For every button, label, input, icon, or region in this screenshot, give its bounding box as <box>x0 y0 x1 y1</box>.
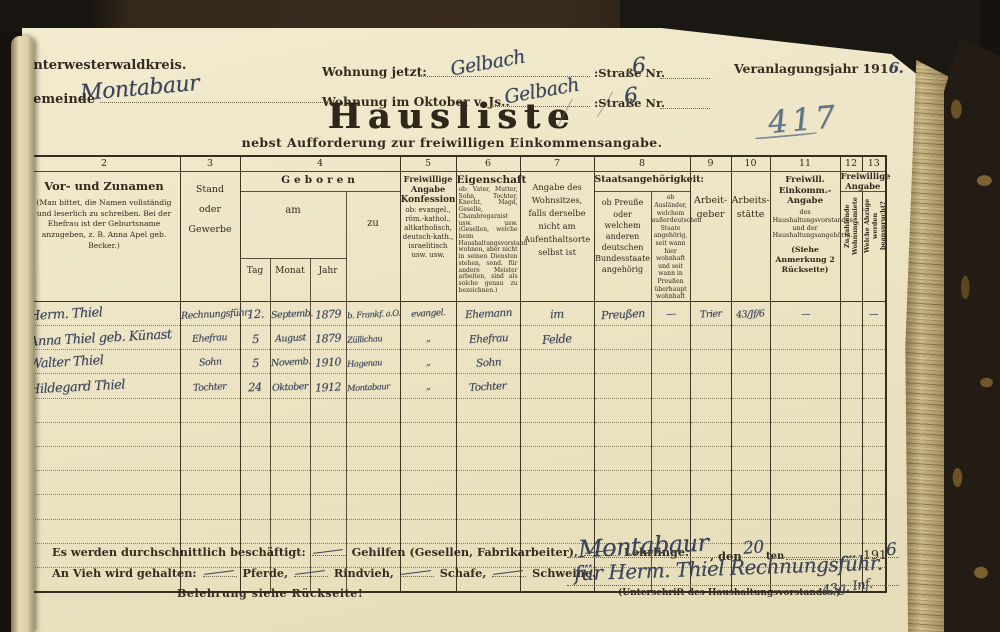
col-number: 11 <box>770 156 840 172</box>
table-cell: — <box>862 301 886 325</box>
table-cell <box>346 495 400 519</box>
table-cell <box>28 519 180 543</box>
header-eigenschaft: Eigenschaft ob: Vater, Mutter, Sohn, Toc… <box>456 172 520 302</box>
handwritten-entry: b. Frankf. a.O. <box>346 308 400 321</box>
header-abzuege-text: Welche Abzüge werden beansprucht? <box>863 194 887 258</box>
table-cell <box>862 374 886 398</box>
kreis-label: Unterwesterwaldkreis. <box>22 58 186 73</box>
table-cell: August <box>270 326 310 350</box>
table-cell: Trier <box>690 301 731 325</box>
strasse-nr-label-1: :Straße Nr. <box>594 66 665 80</box>
table-row: Hildegard ThielTochter24Oktober1912Monta… <box>17 374 886 398</box>
table-cell <box>270 519 310 543</box>
table-cell: Felde <box>520 326 594 350</box>
hausliste-table: 1 2 3 4 5 6 7 8 9 10 11 12 13 Lfde. Num <box>16 155 887 593</box>
header-einkommen: Freiwill. Einkomm.-Angabe des Haushaltun… <box>770 172 840 302</box>
column-number-row: 1 2 3 4 5 6 7 8 9 10 11 12 13 <box>17 156 886 172</box>
handwritten-entry: „ <box>426 334 431 344</box>
header-konf-l2: Angabe <box>401 184 456 194</box>
header-eigenschaft-title: Eigenschaft <box>457 172 520 186</box>
table-cell <box>400 446 456 470</box>
table-cell <box>28 398 180 422</box>
header-wohnungsmiete-text: Zu zahlende Wohnungsmiete <box>843 194 859 258</box>
header-einkommen-note: des Haushaltungsvorstandes und der Haush… <box>771 207 840 240</box>
col-number: 8 <box>594 156 690 172</box>
handwritten-entry: 5 <box>251 356 259 370</box>
table-cell <box>594 398 651 422</box>
table-cell: Ehemann <box>456 301 520 325</box>
handwritten-dash <box>312 544 346 556</box>
table-cell: Oktober <box>270 374 310 398</box>
table-cell <box>346 422 400 446</box>
handwritten-entry: Trier <box>699 308 721 320</box>
table-cell: Anna Thiel geb. Künast <box>28 326 180 350</box>
table-cell <box>520 422 594 446</box>
table-cell <box>28 471 180 495</box>
table-cell <box>270 495 310 519</box>
table-row: Anna Thiel geb. KünastEhefrau5August1879… <box>17 326 886 350</box>
handwritten-entry: evangel. <box>411 309 446 321</box>
table-cell <box>862 422 886 446</box>
table-cell <box>840 398 862 422</box>
hausliste-page: Unterwesterwaldkreis. Gemeinde Montabaur… <box>22 28 942 632</box>
handwritten-entry: Felde <box>542 331 572 347</box>
table-cell: Montabaur <box>346 374 400 398</box>
handwritten-entry: Hagenau <box>346 357 381 369</box>
header-namen-note: (Man bittet, die Namen vollständig und l… <box>29 198 180 251</box>
header-einkommen-ref: (Siehe Anmerkung 2 Rückseite) <box>771 240 840 275</box>
table-cell <box>594 471 651 495</box>
handwritten-entry: „ <box>426 358 431 368</box>
col-number: 10 <box>731 156 770 172</box>
handwritten-entry: Ehefrau <box>468 332 508 346</box>
handwritten-entry: Walter Thiel <box>28 353 103 372</box>
table-cell: Ehefrau <box>180 326 240 350</box>
table-cell <box>651 350 690 374</box>
table-cell <box>594 495 651 519</box>
header-stand: Stand oder Gewerbe <box>180 172 240 302</box>
table-cell <box>310 519 346 543</box>
handwritten-entry: Ehefrau <box>192 332 228 345</box>
table-cell <box>240 495 270 519</box>
header-konf-l1: Freiwillige <box>401 172 456 184</box>
table-cell <box>456 519 520 543</box>
table-cell: im <box>520 301 594 325</box>
handwritten-entry: Züllichau <box>346 333 382 345</box>
table-cell <box>770 326 840 350</box>
handwritten-dash <box>203 565 237 577</box>
handwritten-entry: Tochter <box>469 380 507 394</box>
header-freiwillige-angabe: Freiwillige Angabe <box>840 172 886 192</box>
table-cell <box>240 519 270 543</box>
table-cell <box>180 471 240 495</box>
table-cell <box>180 495 240 519</box>
handwritten-entry: — <box>869 309 879 320</box>
previous-page-edge <box>11 36 34 632</box>
table-cell <box>310 471 346 495</box>
table-cell: Walter Thiel <box>28 350 180 374</box>
table-cell <box>456 495 520 519</box>
handwritten-dash <box>400 565 434 577</box>
table-cell: 5 <box>240 350 270 374</box>
handwritten-entry: Montabaur <box>346 381 389 393</box>
table-cell <box>770 446 840 470</box>
table-cell: „ <box>400 374 456 398</box>
table-cell <box>651 446 690 470</box>
handwritten-entry: Septemb. <box>270 308 312 321</box>
table-cell <box>690 422 731 446</box>
table-row <box>17 495 886 519</box>
table-cell <box>770 374 840 398</box>
header-arbeitsstaette-l1: Arbeits- <box>732 195 770 206</box>
table-cell <box>840 374 862 398</box>
table-cell <box>651 495 690 519</box>
handwritten-entry: 5 <box>251 331 259 345</box>
table-cell: Hagenau <box>346 350 400 374</box>
table-cell <box>731 350 770 374</box>
table-cell <box>770 519 840 543</box>
table-cell <box>840 471 862 495</box>
page-subtitle: nebst Aufforderung zur freiwilligen Eink… <box>172 135 732 150</box>
col-number: 3 <box>180 156 240 172</box>
table-cell <box>731 471 770 495</box>
table-cell <box>840 326 862 350</box>
table-cell <box>400 471 456 495</box>
table-cell <box>770 350 840 374</box>
strasse-nr-handwritten-1: 6 <box>631 53 647 79</box>
table-cell <box>690 398 731 422</box>
table-cell <box>520 495 594 519</box>
col-number: 12 <box>840 156 862 172</box>
table-cell: Sohn <box>456 350 520 374</box>
table-cell: 1912 <box>310 374 346 398</box>
table-cell: 43/Jf/6 <box>731 301 770 325</box>
table-cell <box>731 495 770 519</box>
header-staat-auslaender-text: ob Ausländer, welchem außerdeutschen Sta… <box>652 192 690 301</box>
table-cell <box>270 398 310 422</box>
handwritten-entry: im <box>550 307 564 322</box>
table-cell: Züllichau <box>346 326 400 350</box>
table-cell <box>310 446 346 470</box>
table-cell <box>456 471 520 495</box>
table-cell <box>731 398 770 422</box>
table-cell <box>862 471 886 495</box>
header-stand-l2: oder <box>199 204 221 215</box>
table-cell: Sohn <box>180 350 240 374</box>
table-cell <box>840 495 862 519</box>
header-monat: Monat <box>270 258 310 301</box>
table-cell <box>310 495 346 519</box>
table-cell: Tochter <box>456 374 520 398</box>
header-arbeitsstaette: Arbeits- stätte <box>731 172 770 302</box>
table-cell <box>28 446 180 470</box>
table-row <box>17 471 886 495</box>
table-cell <box>400 495 456 519</box>
header-stand-l1: Stand <box>196 184 224 195</box>
col-number: 5 <box>400 156 456 172</box>
table-cell: 1910 <box>310 350 346 374</box>
handwritten-entry: 12. <box>246 307 264 322</box>
header-konf-l3: Konfession <box>401 195 456 205</box>
table-cell <box>270 446 310 470</box>
header-wohnsitz: Angabe des Wohnsitzes, falls derselbe ni… <box>520 172 594 302</box>
table-cell <box>840 446 862 470</box>
table-cell <box>28 495 180 519</box>
table-cell <box>270 471 310 495</box>
wohnung-jetzt-label: Wohnung jetzt: <box>322 64 427 79</box>
schafe-label: Schafe, <box>440 566 487 580</box>
handwritten-entry: 43/Jf/6 <box>736 308 765 320</box>
table-cell: „ <box>400 350 456 374</box>
table-row <box>17 398 886 422</box>
handwritten-entry: 1879 <box>315 331 342 345</box>
table-cell <box>862 519 886 543</box>
veranlagungsjahr-handwritten: 6. <box>889 59 904 77</box>
handwritten-entry: 1910 <box>315 356 342 370</box>
strasse-nr-dotted-line-1 <box>660 66 710 79</box>
table-cell <box>690 326 731 350</box>
col-number: 6 <box>456 156 520 172</box>
table-cell <box>594 446 651 470</box>
belehrung-note: Belehrung siehe Rückseite! <box>177 587 363 600</box>
strasse-nr-dotted-line-2 <box>660 96 710 109</box>
table-cell <box>840 422 862 446</box>
header-abzuege: Welche Abzüge werden beansprucht? <box>862 192 886 302</box>
table-cell <box>346 471 400 495</box>
table-cell: Ehefrau <box>456 326 520 350</box>
table-cell: 24 <box>240 374 270 398</box>
table-cell <box>840 301 862 325</box>
year-handwritten: 6 <box>885 540 897 561</box>
handwritten-entry: Hildegard Thiel <box>28 377 125 397</box>
table-cell <box>731 374 770 398</box>
header-arbeitgeber-l1: Arbeit- <box>694 195 727 206</box>
table-cell <box>862 350 886 374</box>
header-stand-l3: Gewerbe <box>188 224 231 235</box>
table-cell: 5 <box>240 326 270 350</box>
table-cell <box>520 446 594 470</box>
header-tag: Tag <box>240 258 270 301</box>
table-cell: 1879 <box>310 326 346 350</box>
table-cell <box>651 374 690 398</box>
handwritten-dash <box>492 565 526 577</box>
header-am: am <box>240 192 346 259</box>
page-title: Hausliste <box>272 96 632 137</box>
header-arbeitgeber: Arbeit- geber <box>690 172 731 302</box>
table-cell <box>240 398 270 422</box>
handwritten-entry: Sohn <box>475 356 501 369</box>
col-number: 9 <box>690 156 731 172</box>
table-cell <box>28 422 180 446</box>
header-konf-note: ob: evangel., röm.-kathol., altkatholisc… <box>401 205 456 262</box>
header-staat-preusse-text: ob Preuße oder welchem anderen deutschen… <box>595 192 651 275</box>
handwritten-entry: Novemb. <box>270 356 310 369</box>
rindvieh-label: Rindvieh, <box>334 566 394 580</box>
table-cell <box>840 350 862 374</box>
book-cover-marbled <box>944 38 1000 632</box>
table-cell <box>270 422 310 446</box>
header-eigenschaft-note: ob: Vater, Mutter, Sohn, Tochter, Knecht… <box>457 186 520 296</box>
table-cell <box>651 422 690 446</box>
header-namen-title: Vor- und Zunamen <box>31 179 178 193</box>
table-cell <box>240 471 270 495</box>
table-cell <box>731 422 770 446</box>
table-cell <box>651 398 690 422</box>
header-staatsangehoerigkeit: Staatsangehörigkeit: <box>594 172 690 192</box>
handwritten-entry: Oktober <box>272 381 308 394</box>
table-cell <box>400 422 456 446</box>
table-cell <box>731 326 770 350</box>
col-number: 2 <box>28 156 180 172</box>
handwritten-entry: 24 <box>248 380 262 395</box>
table-cell <box>594 350 651 374</box>
handwritten-entry: — <box>800 309 810 320</box>
handwritten-entry: „ <box>426 382 431 392</box>
header-arbeitsstaette-l2: stätte <box>737 209 765 220</box>
col-number: 4 <box>240 156 400 172</box>
veranlagungsjahr-label: Veranlagungsjahr 1916. <box>734 59 903 77</box>
table-cell: Herm. Thiel <box>28 301 180 325</box>
table-cell: Rechnungsführ. <box>180 301 240 325</box>
table-cell <box>180 422 240 446</box>
table-cell <box>240 446 270 470</box>
table-cell: Preußen <box>594 301 651 325</box>
table-cell <box>840 519 862 543</box>
col-number: 7 <box>520 156 594 172</box>
table-cell <box>346 398 400 422</box>
table-cell <box>594 326 651 350</box>
header-staat-auslaender: ob Ausländer, welchem außerdeutschen Sta… <box>651 192 690 302</box>
table-cell: — <box>651 301 690 325</box>
vieh-label: An Vieh wird gehalten: <box>52 566 197 580</box>
pferde-label: Pferde, <box>242 566 288 580</box>
book-photo: Unterwesterwaldkreis. Gemeinde Montabaur… <box>0 0 1000 632</box>
table-cell <box>520 398 594 422</box>
table-cell <box>240 422 270 446</box>
table-cell <box>346 519 400 543</box>
handwritten-entry: Preußen <box>600 307 644 322</box>
table-cell <box>180 398 240 422</box>
table-row: Herm. ThielRechnungsführ.12.Septemb.1879… <box>17 301 886 325</box>
table-cell <box>770 495 840 519</box>
table-cell <box>690 471 731 495</box>
table-cell <box>594 422 651 446</box>
table-row <box>17 446 886 470</box>
table-cell <box>690 446 731 470</box>
table-cell <box>520 374 594 398</box>
table-cell <box>310 398 346 422</box>
table-cell <box>180 446 240 470</box>
table-row: Walter ThielSohn5Novemb.1910Hagenau„Sohn <box>17 350 886 374</box>
handwritten-entry: Ehemann <box>464 307 511 321</box>
header-wohnsitz-text: Angabe des Wohnsitzes, falls derselbe ni… <box>521 172 594 259</box>
table-cell: evangel. <box>400 301 456 325</box>
table-cell <box>862 446 886 470</box>
table-cell <box>770 422 840 446</box>
header-staat-preusse: ob Preuße oder welchem anderen deutschen… <box>594 192 651 302</box>
table-cell <box>456 398 520 422</box>
table-cell <box>456 422 520 446</box>
table-cell: Septemb. <box>270 301 310 325</box>
table-cell <box>594 374 651 398</box>
header-konfession: Freiwillige Angabe Konfession ob: evange… <box>400 172 456 302</box>
table-cell <box>180 519 240 543</box>
table-cell: — <box>770 301 840 325</box>
footer-vieh-line: An Vieh wird gehalten: Pferde, Rindvieh,… <box>52 565 596 580</box>
table-cell <box>862 326 886 350</box>
table-cell <box>651 471 690 495</box>
table-cell <box>346 446 400 470</box>
table-cell <box>862 398 886 422</box>
table-cell <box>690 374 731 398</box>
table-cell <box>400 519 456 543</box>
table-cell <box>731 446 770 470</box>
table-cell <box>690 350 731 374</box>
table-row <box>17 422 886 446</box>
handwritten-entry: Anna Thiel geb. Künast <box>28 327 171 349</box>
table-cell: Hildegard Thiel <box>28 374 180 398</box>
table-cell <box>690 495 731 519</box>
header-geboren: Geboren <box>240 172 400 192</box>
gehilfen-label: Gehilfen (Gesellen, Fabrikarbeiter), <box>352 545 578 559</box>
header-wohnungsmiete: Zu zahlende Wohnungsmiete <box>840 192 862 302</box>
table-cell <box>520 471 594 495</box>
header-einkommen-title: Freiwill. Einkomm.-Angabe <box>771 172 840 207</box>
table-cell <box>770 398 840 422</box>
handwritten-dash <box>294 565 328 577</box>
signature-caption: (Unterschrift des Haushaltungsvorstandes… <box>618 588 840 598</box>
table-cell <box>520 350 594 374</box>
table-cell <box>770 471 840 495</box>
table-cell <box>456 446 520 470</box>
table-cell: 1879 <box>310 301 346 325</box>
beschaeftigt-label: Es werden durchschnittlich beschäftigt: <box>52 545 306 559</box>
table-cell: „ <box>400 326 456 350</box>
table-cell: b. Frankf. a.O. <box>346 301 400 325</box>
table-cell: Tochter <box>180 374 240 398</box>
table-cell <box>651 326 690 350</box>
table-cell <box>862 495 886 519</box>
table-cell: Novemb. <box>270 350 310 374</box>
header-zu: zu <box>346 192 400 302</box>
handwritten-entry: — <box>666 309 676 320</box>
handwritten-entry: Sohn <box>198 357 221 369</box>
handwritten-entry: Tochter <box>193 381 227 394</box>
col-number: 13 <box>862 156 886 172</box>
table-cell <box>400 398 456 422</box>
veranlagungsjahr-label-text: Veranlagungsjahr 191 <box>734 61 889 76</box>
handwritten-entry: 1879 <box>315 307 342 321</box>
handwritten-entry: 1912 <box>315 380 342 394</box>
handwritten-entry: Herm. Thiel <box>28 305 102 324</box>
header-namen: Vor- und Zunamen (Man bittet, die Namen … <box>28 172 180 302</box>
header-jahr: Jahr <box>310 258 346 301</box>
handwritten-entry: August <box>274 332 305 345</box>
table-cell <box>310 422 346 446</box>
